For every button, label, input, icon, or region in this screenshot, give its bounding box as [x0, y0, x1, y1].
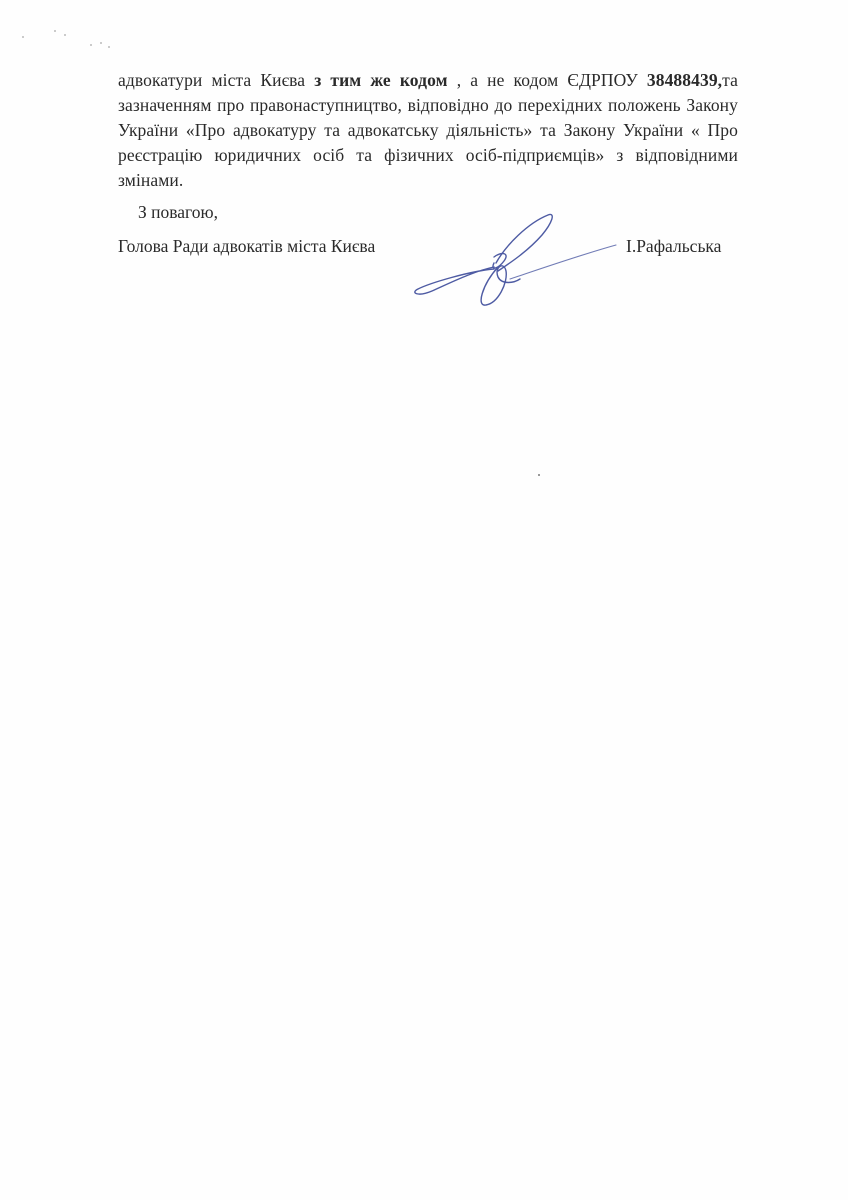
scan-speck: [22, 36, 24, 38]
scan-speck: [538, 474, 540, 476]
scan-speck: [100, 42, 102, 44]
edrpou-code: 38488439,: [647, 70, 722, 90]
document-page: адвокатури міста Києва з тим же кодом , …: [0, 0, 848, 1200]
scan-speck: [108, 46, 110, 48]
signatory-title: Голова Ради адвокатів міста Києва: [118, 236, 375, 257]
scan-specks: [20, 28, 130, 58]
scan-speck: [54, 30, 56, 32]
signatory-name: І.Рафальська: [626, 236, 721, 257]
closing-salutation: З повагою,: [138, 202, 218, 223]
body-line-3: України «Про адвокатуру та адвокатську д…: [118, 118, 738, 143]
bold-phrase-same-code: з тим же кодом: [314, 70, 447, 90]
handwritten-signature-icon: [410, 205, 620, 310]
scan-speck: [64, 34, 66, 36]
scan-speck: [90, 44, 92, 46]
text-segment: та: [722, 70, 738, 90]
text-segment: , а не кодом ЄДРПОУ: [448, 70, 647, 90]
body-line-2: зазначенням про правонаступництво, відпо…: [118, 93, 738, 118]
body-paragraph: адвокатури міста Києва з тим же кодом , …: [118, 68, 738, 193]
body-line-5: змінами.: [118, 168, 738, 193]
text-segment: адвокатури міста Києва: [118, 70, 314, 90]
body-line-4: реєстрацію юридичних осіб та фізичних ос…: [118, 143, 738, 168]
body-line-1: адвокатури міста Києва з тим же кодом , …: [118, 68, 738, 93]
